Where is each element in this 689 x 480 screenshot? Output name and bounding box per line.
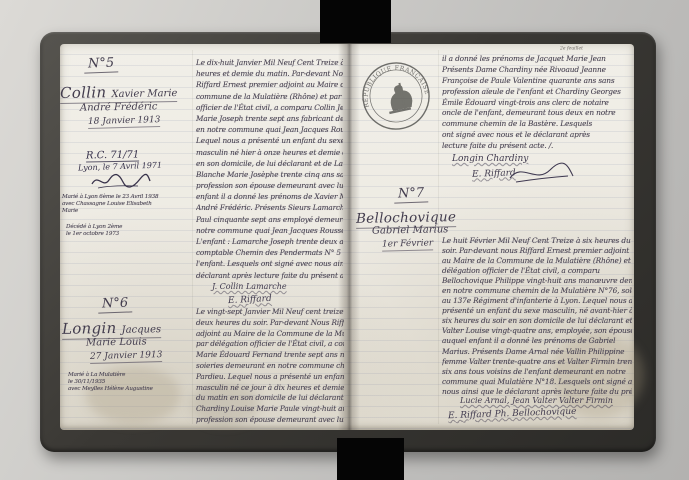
record7-number: N°7 (394, 185, 429, 203)
act-text-line: Pardieu. Lequel nous a présenté un enfan… (196, 372, 344, 383)
act-text-line: déclarant après lecture faite du présent… (196, 270, 343, 281)
right-page: 2e feuillet RÉPUBLIQUE FRANÇAISE (356, 44, 634, 430)
record5-number: N°5 (84, 55, 119, 73)
act-text-line: André Frédéric. Présents Sieurs Lamarche (196, 202, 343, 213)
act-text-line: Présents Dame Chardiny née Rivoaud Jeann… (442, 65, 630, 76)
act-text-line: deux heures du soir. Par-devant Nous Rif… (196, 318, 344, 329)
record6-date: 27 Janvier 1913 (90, 350, 163, 364)
record7-date: 1er Février (382, 238, 433, 251)
record5-act-text: Le dix-huit Janvier Mil Neuf Cent Treize… (196, 57, 343, 281)
record5-marriage-note: Marié à Lyon 6ème le 23 Avril 1938avec C… (62, 194, 158, 215)
act-text-line: masculin né hier à onze heures et demie … (196, 147, 343, 158)
act-text-line: au 137e Régiment d'infanterie à Lyon. Le… (442, 296, 632, 306)
scanned-register-photo: N°5 Collin Xavier Marie André Frédéric 1… (0, 0, 689, 480)
act-text-line: Valter Louise vingt-quatre ans, employée… (442, 326, 632, 336)
record6-act-text: Le vingt-sept Janvier Mil Neuf cent trei… (196, 307, 344, 426)
republique-francaise-stamp: RÉPUBLIQUE FRANÇAISE (353, 53, 438, 138)
record6-marriage-note: Marié à La Mulatièrele 30/11/1935avec Me… (68, 372, 153, 393)
marriage-note-line: avec Meylles Hélène Augustine (68, 386, 153, 393)
act-text-line: L'enfant : Lamarche Joseph trente deux a… (196, 236, 343, 247)
record7-act-text: Le huit Février Mil Neuf Cent Treize à s… (442, 236, 632, 397)
act-text-line: profession aïeule de l'enfant et Chardin… (442, 87, 630, 98)
act-text-line: enfant il a donné les prénoms de Xavier … (196, 191, 343, 202)
left-page: N°5 Collin Xavier Marie André Frédéric 1… (60, 44, 342, 430)
act-text-line: masculin né ce jour à dix heures et demi… (196, 383, 344, 394)
record7-officer-signature: E. Riffard Ph. Bellochovique (448, 407, 577, 421)
record5-name: Collin Xavier Marie (60, 81, 178, 104)
act-text-line: six heures du soir en son domicile de lu… (442, 316, 632, 326)
act-text-line: soir. Par-devant nous Riffard Ernest pre… (442, 246, 632, 256)
marriage-note-line: Marié à La Mulatière (68, 372, 153, 379)
act-text-line: commune de la Mulatière (Rhône) et par d… (196, 91, 343, 102)
scan-gap-top (320, 0, 391, 43)
act-text-line: Lequel nous a présenté un enfant du sexe (196, 135, 343, 146)
act-text-line: auquel enfant il a donné les prénoms de … (442, 336, 632, 346)
act-text-line: par délégation officier de l'État civil,… (196, 339, 344, 350)
record6-name-line2: Marie Louis (86, 336, 147, 348)
marriage-note-line: Marié à Lyon 6ème le 23 Avril 1938 (62, 194, 158, 201)
act-text-line: Le huit Février Mil Neuf Cent Treize à s… (442, 236, 632, 246)
act-text-line: Marius. Présents Dame Arnal née Vallin P… (442, 347, 632, 357)
death-note-line: Décédé à Lyon 2ème (66, 224, 122, 231)
scan-gap-bottom (337, 438, 404, 480)
act-text-line: officier de l'État civil, a comparu Coll… (196, 102, 343, 113)
marriage-note-line: le 30/11/1935 (68, 379, 153, 386)
act-text-line: il a donné les prénoms de Jacquet Marie … (442, 54, 630, 65)
act-text-line: Chardiny Louise Marie Paule vingt-huit a… (196, 404, 344, 415)
act-text-line: Émile Édouard vingt-trois ans clerc de n… (442, 98, 630, 109)
act-text-line: profession son épouse demeurant avec lui… (196, 180, 343, 191)
act-text-line: Riffard Ernest premier adjoint au Maire … (196, 79, 343, 90)
act-text-line: Le vingt-sept Janvier Mil Neuf cent trei… (196, 307, 344, 318)
act-text-line: ont signé avec nous et le déclarant aprè… (442, 130, 630, 141)
act-text-line: adjoint au Maire de la Commune de la Mul… (196, 329, 344, 340)
act-text-line: soieries demeurant en notre commune chem… (196, 361, 344, 372)
record7-name-line2: Gabriel Marius (372, 224, 449, 236)
act-text-line: lecture faite du présent acte. /. (442, 141, 630, 152)
record6-surname: Longin (62, 319, 117, 338)
signature-paraph-scribble (506, 162, 576, 186)
record5-ref-code: R.C. 71/71 (86, 150, 139, 163)
act-text-line: commune chemin de la Bastère. Lesquels (442, 119, 630, 130)
marriage-note-line: avec Chassagne Louise Elisabeth (62, 201, 158, 208)
record5-surname: Collin (60, 83, 107, 102)
act-text-line: Paul cinquante sept ans employé demeuran… (196, 214, 343, 225)
record5-signatures: J. Collin Lamarche (212, 282, 287, 291)
record5-givennames: Xavier Marie (111, 88, 177, 100)
act-text-line: l'enfant. Lesquels ont signé avec nous a… (196, 258, 343, 269)
act-text-line: profession son épouse demeurant avec lui… (196, 415, 344, 426)
act-text-line: Françoise de Paule Valentine quarante an… (442, 76, 630, 87)
folio-note: 2e feuillet (560, 46, 583, 51)
act-text-line: Le dix-huit Janvier Mil Neuf Cent Treize… (196, 57, 343, 68)
act-text-line: Marie Joseph trente sept ans fabricant d… (196, 113, 343, 124)
act-text-line: en notre commune quai Jean Jacques Rouss… (196, 124, 343, 135)
record6-givennames: Jacques (122, 324, 162, 336)
act-text-line: Bellochovique Philippe vingt-huit ans ma… (442, 276, 632, 286)
act-text-line: femme Valter trente-quatre ans et Valter… (442, 357, 632, 367)
act-text-line: Blanche Marie Josèphe trente cinq ans sa… (196, 169, 343, 180)
record7-signatures: Lucie Arnal, Jean Valter Valter Firmin (460, 396, 613, 405)
record5-date: 18 Janvier 1913 (88, 115, 161, 129)
act-text-line: oncle de l'enfant, demeurant tous deux e… (442, 108, 630, 119)
act-text-line: en notre commune chemin de la Mulatière … (442, 286, 632, 296)
act-text-line: commune quai Mulatière N°18. Lesquels on… (442, 377, 632, 387)
act-text-line: six ans tous voisins de l'enfant demeura… (442, 367, 632, 377)
act-text-line: au Maire de la Commune de la Mulatière (… (442, 256, 632, 266)
act-text-line: du matin en son domicile de lui déclaran… (196, 393, 344, 404)
register-book-cover: N°5 Collin Xavier Marie André Frédéric 1… (40, 32, 656, 452)
death-note-line: le 1er octobre 1973 (66, 231, 122, 238)
record5-officer-signature: E. Riffard (228, 294, 272, 306)
record5-name-line2: André Frédéric (80, 101, 158, 113)
act-text-line: comptable Chemin des Pendermats N° 5 onc… (196, 247, 343, 258)
record5-death-note: Décédé à Lyon 2èmele 1er octobre 1973 (66, 224, 122, 238)
record6-act-text-continued: il a donné les prénoms de Jacquet Marie … (442, 54, 630, 152)
act-text-line: Marie Édouard Fernand trente sept ans né… (196, 350, 344, 361)
margin-signature-scribble (90, 171, 152, 191)
marriage-note-line: Marie (62, 208, 158, 215)
seated-marianne-figure (384, 81, 414, 114)
register-open-pages: N°5 Collin Xavier Marie André Frédéric 1… (60, 44, 634, 430)
act-text-line: en son domicile, de lui déclarant et de … (196, 158, 343, 169)
act-text-line: notre commune quai Jean Jacques Rousseau… (196, 225, 343, 236)
act-text-line: heures et demie du matin. Par-devant Nou… (196, 68, 343, 79)
act-text-line: présenté un enfant du sexe masculin, né … (442, 306, 632, 316)
record6-number: N°6 (98, 295, 133, 313)
act-text-line: délégation officier de l'État civil, a c… (442, 266, 632, 276)
